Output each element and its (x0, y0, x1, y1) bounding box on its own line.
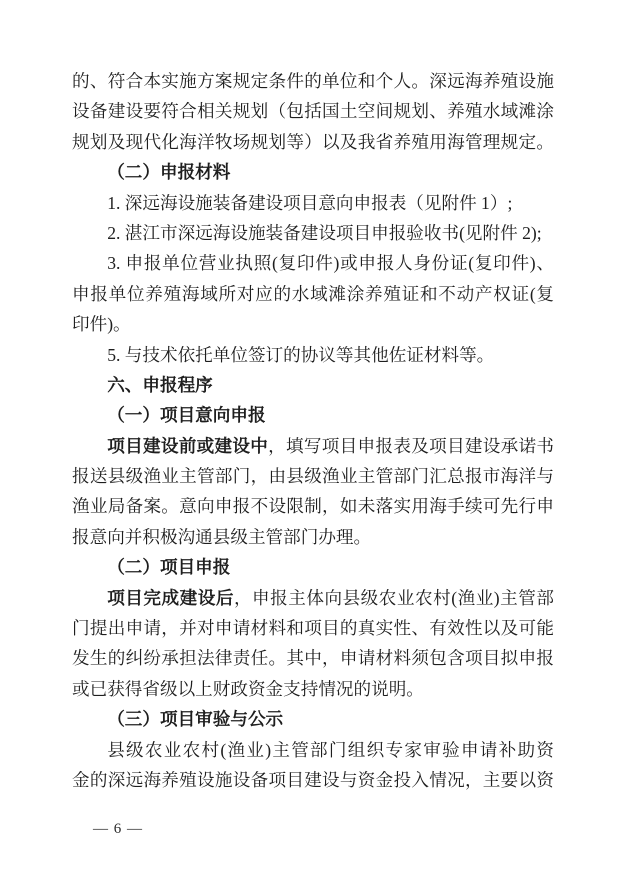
materials-item3-line1: 3. 申报单位营业执照(复印件)或申报人身份证(复印件)、 (72, 248, 554, 278)
sub1-para-line1: 项目建设前或建设中，填写项目申报表及项目建设承诺书 (72, 431, 554, 461)
heading-project-declare: （二）项目申报 (72, 552, 554, 582)
page-number: — 6 — (93, 819, 143, 839)
sub3-para-line1: 县级农业农村(渔业)主管部门组织专家审验申请补助资 (72, 735, 554, 765)
materials-item5: 5. 与技术依托单位签订的协议等其他佐证材料等。 (72, 340, 554, 370)
document-page: 的、符合本实施方案规定条件的单位和个人。深远海养殖设施 设备建设要符合相关规划（… (0, 0, 626, 870)
heading-application-procedure: 六、申报程序 (72, 370, 554, 400)
sub2-para-line3: 发生的纠纷承担法律责任。其中，申请材料须包含项目拟申报 (72, 643, 554, 673)
sub2-para-line2: 门提出申请，并对申请材料和项目的真实性、有效性以及可能 (72, 613, 554, 643)
sub1-para-line4: 报意向并积极沟通县级主管部门办理。 (72, 522, 554, 552)
heading-application-materials: （二）申报材料 (72, 157, 554, 187)
sub1-para-line2: 报送县级渔业主管部门，由县级渔业主管部门汇总报市海洋与 (72, 461, 554, 491)
sub1-para-line3: 渔业局备案。意向申报不设限制，如未落实用海手续可先行申 (72, 491, 554, 521)
materials-item3-line3: 印件)。 (72, 309, 554, 339)
para-intro-line2: 设备建设要符合相关规划（包括国土空间规划、养殖水域滩涂 (72, 96, 554, 126)
materials-item1: 1. 深远海设施装备建设项目意向申报表（见附件 1）; (72, 188, 554, 218)
sub2-lead-bold: 项目完成建设后 (107, 588, 234, 608)
heading-project-review-publicity: （三）项目审验与公示 (72, 704, 554, 734)
materials-item2: 2. 湛江市深远海设施装备建设项目申报验收书(见附件 2); (72, 218, 554, 248)
text-column: 的、符合本实施方案规定条件的单位和个人。深远海养殖设施 设备建设要符合相关规划（… (72, 66, 554, 795)
heading-project-intent-declare: （一）项目意向申报 (72, 400, 554, 430)
sub2-para-line4: 或已获得省级以上财政资金支持情况的说明。 (72, 674, 554, 704)
sub1-line1-rest: ，填写项目申报表及项目建设承诺书 (268, 436, 554, 456)
para-intro-line1: 的、符合本实施方案规定条件的单位和个人。深远海养殖设施 (72, 66, 554, 96)
sub1-lead-bold: 项目建设前或建设中 (107, 436, 268, 456)
sub3-para-line2: 金的深远海养殖设施设备项目建设与资金投入情况，主要以资 (72, 765, 554, 795)
materials-item3-line2: 申报单位养殖海域所对应的水域滩涂养殖证和不动产权证(复 (72, 279, 554, 309)
sub2-line1-rest: ，申报主体向县级农业农村(渔业)主管部 (234, 588, 554, 608)
sub2-para-line1: 项目完成建设后，申报主体向县级农业农村(渔业)主管部 (72, 583, 554, 613)
para-intro-line3: 规划及现代化海洋牧场规划等）以及我省养殖用海管理规定。 (72, 127, 554, 157)
